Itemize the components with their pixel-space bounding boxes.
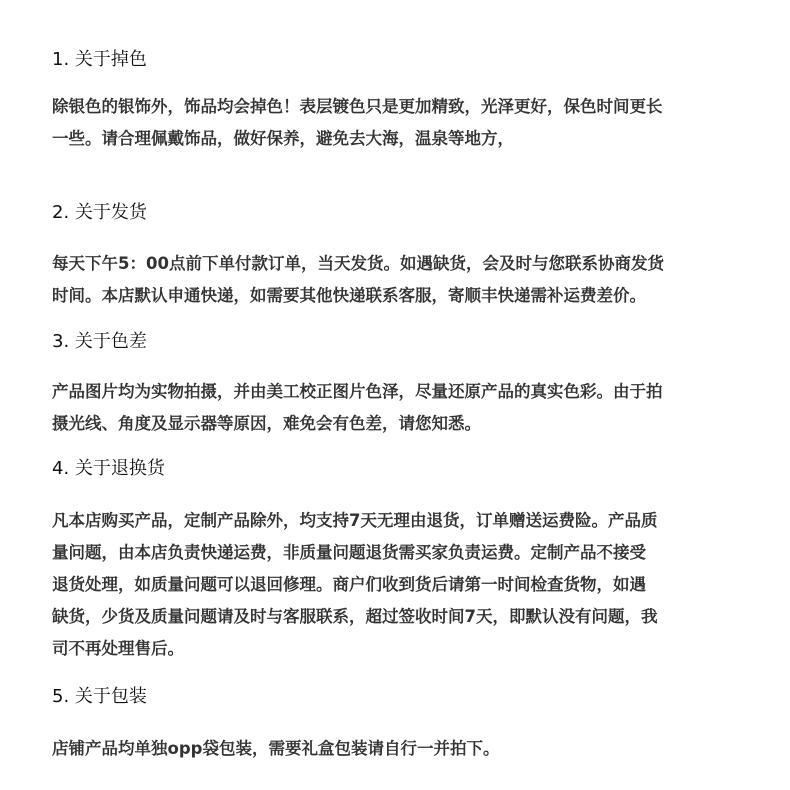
body-line: 缺货，少货及质量问题请及时与客服联系，超过签收时间7天，即默认没有问题，我 xyxy=(52,601,752,633)
body-line: 店铺产品均单独opp袋包装，需要礼盒包装请自行一并拍下。 xyxy=(52,733,752,765)
section-body-fading: 除银色的银饰外，饰品均会掉色！表层镀色只是更加精致，光泽更好，保色时间更长 一些… xyxy=(52,91,752,155)
body-line: 凡本店购买产品，定制产品除外，均支持7天无理由退货，订单赠送运费险。产品质 xyxy=(52,505,752,537)
body-line: 一些。请合理佩戴饰品，做好保养，避免去大海，温泉等地方， xyxy=(52,123,752,155)
section-body-color-difference: 产品图片均为实物拍摄，并由美工校正图片色泽，尽量还原产品的真实色彩。由于拍 摄光… xyxy=(52,376,752,440)
section-heading-fading: 1. 关于掉色 xyxy=(52,48,147,72)
section-heading-shipping: 2. 关于发货 xyxy=(52,201,147,225)
section-body-returns: 凡本店购买产品，定制产品除外，均支持7天无理由退货，订单赠送运费险。产品质 量问… xyxy=(52,505,752,665)
section-body-shipping: 每天下午5：00点前下单付款订单，当天发货。如遇缺货，会及时与您联系协商发货 时… xyxy=(52,248,752,312)
body-line: 除银色的银饰外，饰品均会掉色！表层镀色只是更加精致，光泽更好，保色时间更长 xyxy=(52,91,752,123)
body-line: 时间。本店默认申通快递，如需要其他快递联系客服，寄顺丰快递需补运费差价。 xyxy=(52,280,752,312)
body-line: 退货处理，如质量问题可以退回修理。商户们收到货后请第一时间检查货物，如遇 xyxy=(52,569,752,601)
section-heading-packaging: 5. 关于包装 xyxy=(52,685,147,709)
section-body-packaging: 店铺产品均单独opp袋包装，需要礼盒包装请自行一并拍下。 xyxy=(52,733,752,765)
body-line: 司不再处理售后。 xyxy=(52,633,752,665)
body-line: 产品图片均为实物拍摄，并由美工校正图片色泽，尽量还原产品的真实色彩。由于拍 xyxy=(52,376,752,408)
body-line: 每天下午5：00点前下单付款订单，当天发货。如遇缺货，会及时与您联系协商发货 xyxy=(52,248,752,280)
section-heading-returns: 4. 关于退换货 xyxy=(52,457,165,481)
section-heading-color-difference: 3. 关于色差 xyxy=(52,330,147,354)
body-line: 摄光线、角度及显示器等原因，难免会有色差，请您知悉。 xyxy=(52,408,752,440)
body-line: 量问题，由本店负责快递运费，非质量问题退货需买家负责运费。定制产品不接受 xyxy=(52,537,752,569)
